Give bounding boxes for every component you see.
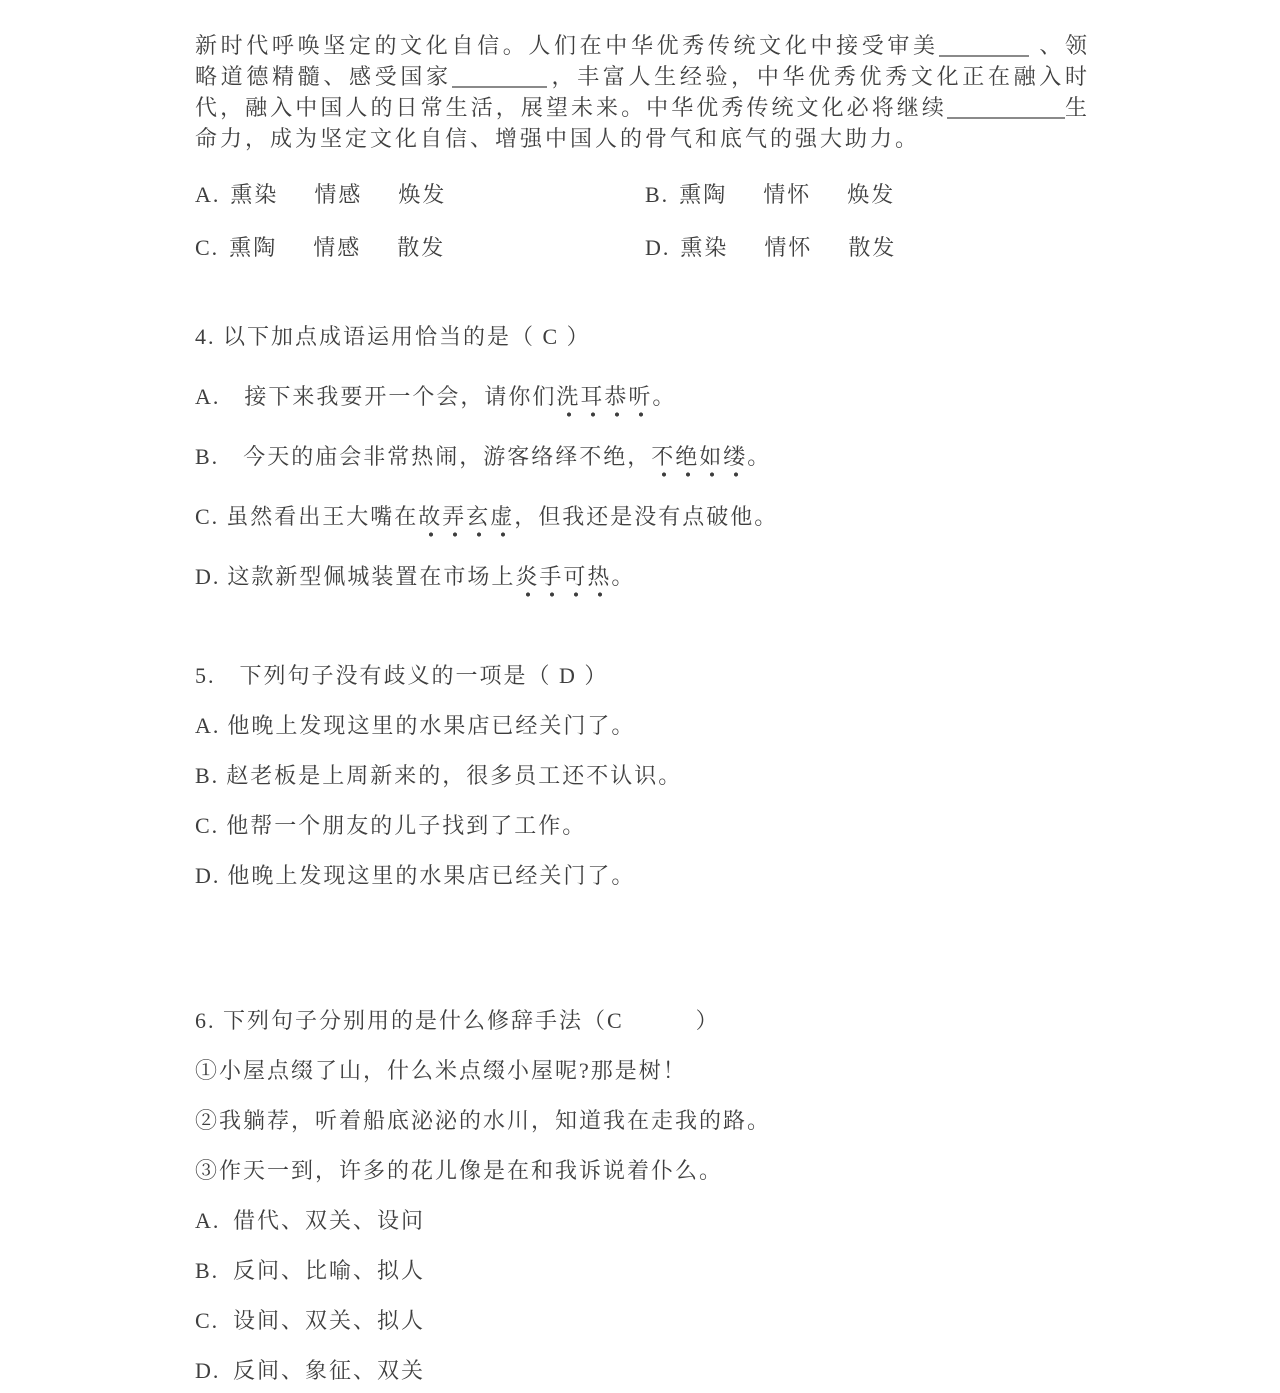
option-word: 情感 [313, 235, 361, 260]
emphasized-idiom: 炎手可热 [515, 564, 611, 598]
option-text: 他晚上发现这里的水果店已经关门了。 [227, 713, 635, 738]
option-word: 散发 [397, 235, 445, 260]
option-letter: A. [195, 384, 220, 409]
emphasized-idiom: 不绝如缕 [651, 444, 747, 478]
q4-option-d: D.这款新型佩城装置在市场上炎手可热。 [195, 563, 1090, 590]
intro-segment-1: 新时代呼唤坚定的文化自信。人们在中华优秀传统文化中接受审美 [195, 33, 939, 58]
option-letter: C. [195, 813, 219, 838]
q6-option-c: C.设间、双关、拟人 [195, 1307, 1090, 1334]
option-text: 今天的庙会非常热闹，游客络绎不绝， [243, 444, 651, 469]
option-text: 这款新型佩城装置在市场上 [227, 564, 515, 589]
option-word: 焕发 [847, 182, 895, 207]
option-letter: D. [195, 863, 220, 888]
option-letter: A. [195, 182, 220, 207]
option-letter: A. [195, 1207, 233, 1234]
option-word: 熏陶 [679, 182, 727, 207]
q4-option-b: B.今天的庙会非常热闹，游客络绎不绝，不绝如缕。 [195, 443, 1090, 470]
option-word: 熏陶 [229, 235, 277, 260]
q4-option-c: C.虽然看出王大嘴在故弄玄虚，但我还是没有点破他。 [195, 503, 1090, 530]
q3-option-b: B.熏陶情怀焕发 [645, 182, 1090, 208]
option-text: 。 [611, 564, 635, 589]
option-text: 他晚上发现这里的水果店已经关门了。 [227, 863, 635, 888]
option-letter: B. [195, 763, 219, 788]
q5-option-d: D.他晚上发现这里的水果店已经关门了。 [195, 862, 1090, 889]
option-text: 。 [747, 444, 771, 469]
q5-option-c: C.他帮一个朋友的儿子找到了工作。 [195, 812, 1090, 839]
option-word: 焕发 [398, 182, 446, 207]
q3-option-d: D.熏染情怀散发 [645, 235, 1090, 261]
option-letter: A. [195, 713, 220, 738]
worksheet-page: 新时代呼唤坚定的文化自信。人们在中华优秀传统文化中接受审美、领略道德精髓、感受国… [195, 30, 1090, 1384]
question-5-title: 5. 下列句子没有歧义的一项是（ D ） [195, 662, 1090, 689]
option-text: 设间、双关、拟人 [233, 1308, 425, 1333]
question-6-title: 6. 下列句子分别用的是什么修辞手法（C ） [195, 1007, 1090, 1034]
option-word: 散发 [848, 235, 896, 260]
q6-sentence-3: ③作天一到，许多的花儿像是在和我诉说着仆么。 [195, 1157, 1090, 1184]
option-letter: C. [195, 504, 219, 529]
option-letter: C. [195, 1307, 233, 1334]
option-word: 情感 [314, 182, 362, 207]
option-word: 熏染 [680, 235, 728, 260]
option-text: 虽然看出王大嘴在 [226, 504, 418, 529]
q5-option-b: B.赵老板是上周新来的，很多员工还不认识。 [195, 762, 1090, 789]
fill-in-blank-1 [939, 33, 1029, 57]
option-letter: D. [195, 1357, 233, 1384]
option-text: 接下来我要开一个会，请你们 [244, 384, 556, 409]
option-text: 借代、双关、设问 [233, 1208, 425, 1233]
option-letter: B. [645, 182, 669, 207]
option-text: ，但我还是没有点破他。 [514, 504, 778, 529]
q6-option-b: B.反问、比喻、拟人 [195, 1257, 1090, 1284]
option-letter: B. [195, 1257, 233, 1284]
fill-in-blank-2 [452, 64, 547, 88]
q3-option-c: C.熏陶情感散发 [195, 235, 645, 261]
option-word: 熏染 [230, 182, 278, 207]
option-letter: D. [195, 564, 220, 589]
option-text: 他帮一个朋友的儿子找到了工作。 [226, 813, 586, 838]
emphasized-idiom: 洗耳恭听 [556, 384, 652, 418]
option-word: 情怀 [764, 235, 812, 260]
option-text: 反问、比喻、拟人 [233, 1258, 425, 1283]
option-letter: B. [195, 444, 219, 469]
option-text: 。 [652, 384, 676, 409]
q6-sentence-1: ①小屋点缀了山，什么米点缀小屋呢?那是树！ [195, 1057, 1090, 1084]
q4-option-a: A.接下来我要开一个会，请你们洗耳恭听。 [195, 383, 1090, 410]
emphasized-idiom: 故弄玄虚 [418, 504, 514, 538]
q5-option-a: A.他晚上发现这里的水果店已经关门了。 [195, 712, 1090, 739]
option-word: 情怀 [763, 182, 811, 207]
option-letter: D. [645, 235, 670, 260]
q6-sentence-2: ②我躺荐，听着船底泌泌的水川，知道我在走我的路。 [195, 1107, 1090, 1134]
option-text: 反间、象征、双关 [233, 1358, 425, 1383]
option-text: 赵老板是上周新来的，很多员工还不认识。 [226, 763, 682, 788]
option-letter: C. [195, 235, 219, 260]
q3-option-a: A.熏染情感焕发 [195, 182, 645, 208]
question-3-options: A.熏染情感焕发 B.熏陶情怀焕发 C.熏陶情感散发 D.熏染情怀散发 [195, 182, 1090, 261]
fill-in-blank-3 [947, 95, 1065, 119]
intro-paragraph: 新时代呼唤坚定的文化自信。人们在中华优秀传统文化中接受审美、领略道德精髓、感受国… [195, 30, 1090, 154]
q6-option-d: D.反间、象征、双关 [195, 1357, 1090, 1384]
q6-option-a: A.借代、双关、设问 [195, 1207, 1090, 1234]
question-4-title: 4. 以下加点成语运用恰当的是（ C ） [195, 323, 1090, 350]
